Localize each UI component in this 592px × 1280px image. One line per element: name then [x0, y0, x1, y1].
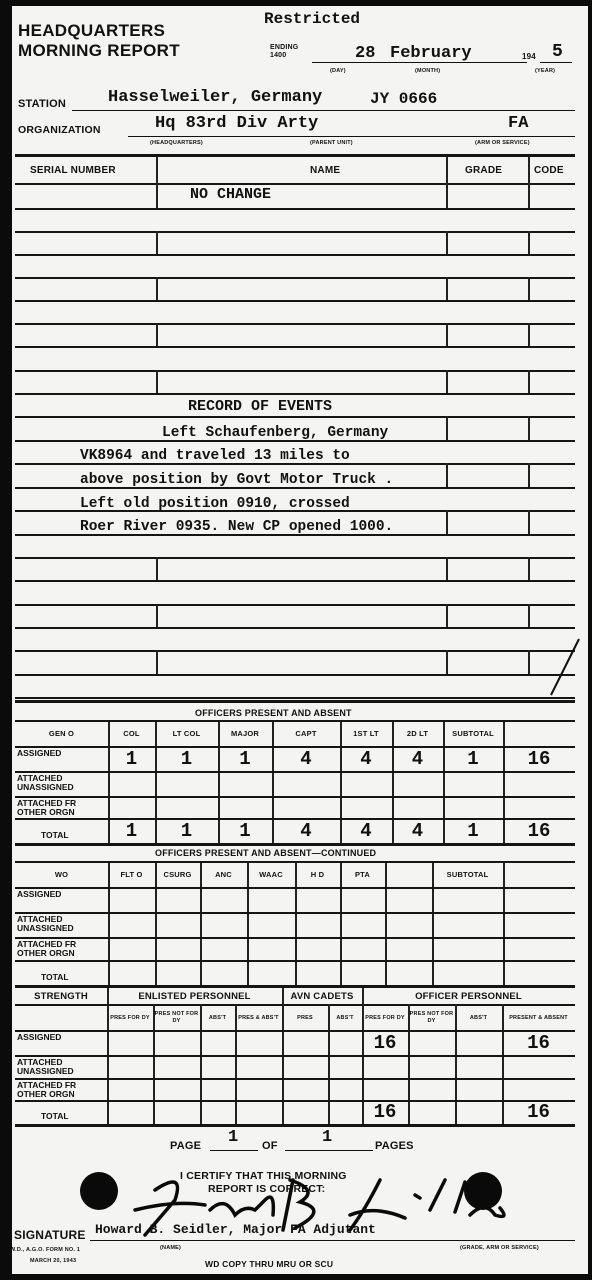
table-cell [155, 960, 200, 985]
page-label: PAGE [170, 1140, 201, 1152]
signature-label: SIGNATURE [14, 1228, 86, 1242]
col-header-strength-2: ABS'T [200, 1006, 235, 1030]
table-cell [362, 1078, 408, 1100]
row-label-attached-unassigned: ATTACHED UNASSIGNED [17, 774, 107, 792]
enlisted-personnel-header: ENLISTED PERSONNEL [107, 988, 282, 1004]
signature-typed: Howard B. Seidler, Major FA Adjutant [95, 1222, 376, 1237]
table-cell: 16 [502, 1100, 575, 1124]
table-cell [503, 771, 575, 796]
col-header-blank [385, 863, 432, 887]
event-line-4: Left old position 0910, crossed [80, 496, 350, 512]
table-cell [235, 1100, 282, 1124]
event-line-5: Roer River 0935. New CP opened 1000. [80, 519, 393, 535]
table-cell [340, 960, 385, 985]
row-label-strength-2: ATTACHED FR OTHER ORGN [17, 1081, 107, 1099]
table-cell: 16 [502, 1030, 575, 1055]
table-cell [432, 912, 503, 937]
table-cell [295, 912, 340, 937]
table-cell [282, 1055, 328, 1078]
of-label: OF [262, 1140, 278, 1152]
col-header-anc: ANC [200, 863, 247, 887]
table-cell [385, 937, 432, 960]
table-cell [235, 1030, 282, 1055]
table-cell [385, 887, 432, 912]
event-line-1: Left Schaufenberg, Germany [162, 425, 388, 441]
table-cell [200, 1078, 235, 1100]
table-cell [107, 1030, 153, 1055]
table-cell [328, 1078, 362, 1100]
col-header-strength-9: PRESENT & ABSENT [502, 1006, 575, 1030]
table-cell [432, 960, 503, 985]
col-header-capt: CAPT [272, 722, 340, 746]
table-cell [272, 771, 340, 796]
officers-table-title: OFFICERS PRESENT AND ABSENT [195, 708, 352, 718]
grade-caption: (GRADE, ARM OR SERVICE) [460, 1245, 539, 1251]
table-cell [502, 1055, 575, 1078]
officer-personnel-header: OFFICER PERSONNEL [362, 988, 575, 1004]
table-cell [218, 771, 272, 796]
table-cell [408, 1078, 455, 1100]
form-title-line2: MORNING REPORT [18, 42, 180, 59]
table-cell: 1 [108, 818, 155, 843]
row-label-attached-unassigned: ATTACHED UNASSIGNED [17, 915, 107, 933]
table-cell: 4 [272, 818, 340, 843]
table-cell [200, 937, 247, 960]
table-cell [247, 960, 295, 985]
col-header-csurg: CSURG [155, 863, 200, 887]
station-grid: JY 0666 [370, 90, 437, 108]
table-cell [108, 960, 155, 985]
table-cell [247, 912, 295, 937]
table-cell [408, 1055, 455, 1078]
report-month: February [390, 44, 472, 63]
table-cell: 4 [392, 818, 443, 843]
table-cell [155, 912, 200, 937]
table-cell [295, 960, 340, 985]
row-label-attached-fr-other-orgn: ATTACHED FR OTHER ORGN [17, 940, 107, 958]
table-cell [200, 1030, 235, 1055]
table-cell [235, 1055, 282, 1078]
form-date: MARCH 20, 1943 [30, 1258, 76, 1264]
table-cell [200, 887, 247, 912]
table-cell [328, 1055, 362, 1078]
col-header-wo: WO [15, 863, 108, 887]
table-cell [200, 1100, 235, 1124]
parent-unit-caption: (PARENT UNIT) [310, 140, 353, 146]
table-cell [108, 912, 155, 937]
table-cell [153, 1055, 200, 1078]
table-cell [155, 771, 218, 796]
table-cell [155, 887, 200, 912]
event-line-3: above position by Govt Motor Truck . [80, 472, 393, 488]
table-cell [455, 1030, 502, 1055]
table-cell [362, 1055, 408, 1078]
table-cell [455, 1055, 502, 1078]
table-cell [408, 1100, 455, 1124]
table-cell [200, 1055, 235, 1078]
table-cell: 4 [272, 746, 340, 771]
table-cell [443, 771, 503, 796]
month-caption: (MONTH) [415, 68, 440, 74]
station-value: Hasselweiler, Germany [108, 88, 322, 107]
table-cell [218, 796, 272, 818]
table-cell [340, 937, 385, 960]
col-serial-number: SERIAL NUMBER [30, 165, 116, 176]
table-cell [107, 1078, 153, 1100]
col-header-gen-o: GEN O [15, 722, 108, 746]
col-header-strength-0: PRES FOR DY [107, 1006, 153, 1030]
col-header-flt-o: FLT O [108, 863, 155, 887]
table-cell [108, 796, 155, 818]
arm-value: FA [508, 114, 528, 133]
table-cell: 1 [443, 818, 503, 843]
table-cell [282, 1078, 328, 1100]
table-cell [247, 887, 295, 912]
event-line-2: VK8964 and traveled 13 miles to [80, 448, 350, 464]
table-cell [108, 771, 155, 796]
day-caption: (DAY) [330, 68, 346, 74]
table-cell [455, 1078, 502, 1100]
table-cell [200, 960, 247, 985]
col-name: NAME [310, 165, 340, 176]
record-of-events-title: RECORD OF EVENTS [188, 398, 332, 415]
table-cell [385, 960, 432, 985]
binder-hole-left [80, 1172, 118, 1210]
table-cell [108, 937, 155, 960]
report-year: 5 [552, 42, 563, 62]
table-cell: 1 [155, 746, 218, 771]
table-cell [155, 937, 200, 960]
col-header-strength-1: PRES NOT FOR DY [153, 1006, 200, 1030]
col-header-lt-col: LT COL [155, 722, 218, 746]
col-header-waac: WAAC [247, 863, 295, 887]
col-header-strength-6: PRES FOR DY [362, 1006, 408, 1030]
col-header-strength-8: ABS'T [455, 1006, 502, 1030]
table-cell: 16 [503, 818, 575, 843]
table-cell [503, 960, 575, 985]
report-day: 28 [355, 44, 375, 63]
ending-label: ENDING1400 [270, 44, 298, 60]
table-cell [392, 796, 443, 818]
table-cell [340, 771, 392, 796]
table-cell [295, 937, 340, 960]
table-cell [503, 937, 575, 960]
station-label: STATION [18, 98, 66, 110]
table-cell [328, 1100, 362, 1124]
officers-cont-title: OFFICERS PRESENT AND ABSENT—CONTINUED [155, 848, 376, 858]
row-label-strength-1: ATTACHED UNASSIGNED [17, 1058, 107, 1076]
col-grade: GRADE [465, 165, 502, 176]
table-cell [272, 796, 340, 818]
col-code: CODE [534, 165, 564, 176]
table-cell: 1 [443, 746, 503, 771]
row-label-assigned: ASSIGNED [17, 890, 107, 899]
table-cell [235, 1078, 282, 1100]
table-cell: 1 [218, 818, 272, 843]
table-cell [107, 1055, 153, 1078]
table-cell [328, 1030, 362, 1055]
table-cell: 16 [362, 1100, 408, 1124]
table-cell [340, 796, 392, 818]
table-cell: 4 [340, 818, 392, 843]
form-title-line1: HEADQUARTERS [18, 22, 165, 39]
table-cell [503, 887, 575, 912]
year-caption: (YEAR) [535, 68, 555, 74]
col-header-2d-lt: 2D LT [392, 722, 443, 746]
col-header-strength-4: PRES [282, 1006, 328, 1030]
table-cell [503, 796, 575, 818]
col-header-1st-lt: 1ST LT [340, 722, 392, 746]
arm-caption: (ARM OR SERVICE) [475, 140, 530, 146]
col-header-strength-5: ABS'T [328, 1006, 362, 1030]
organization-label: ORGANIZATION [18, 124, 101, 136]
table-cell [340, 912, 385, 937]
row-label-assigned: ASSIGNED [17, 749, 107, 758]
table-cell: 4 [340, 746, 392, 771]
table-cell [432, 887, 503, 912]
row-label-attached-fr-other-orgn: ATTACHED FR OTHER ORGN [17, 799, 107, 817]
table-cell [503, 912, 575, 937]
col-header-major: MAJOR [218, 722, 272, 746]
table-cell [385, 912, 432, 937]
table-cell [502, 1078, 575, 1100]
classification-stamp: Restricted [264, 10, 360, 28]
table-cell [108, 887, 155, 912]
table-cell [455, 1100, 502, 1124]
table-cell [153, 1100, 200, 1124]
table-cell [295, 887, 340, 912]
table-cell [282, 1030, 328, 1055]
table-cell [107, 1100, 153, 1124]
avn-cadets-header: AVN CADETS [282, 988, 362, 1004]
headquarters-caption: (HEADQUARTERS) [150, 140, 203, 146]
table-cell [153, 1030, 200, 1055]
table-cell: 1 [218, 746, 272, 771]
pages-label: PAGES [375, 1140, 414, 1152]
table-cell [408, 1030, 455, 1055]
col-header-strength-7: PRES NOT FOR DY [408, 1006, 455, 1030]
year-prefix: 194 [522, 52, 536, 61]
table-cell [432, 937, 503, 960]
table-cell: 1 [108, 746, 155, 771]
table-cell: 1 [155, 818, 218, 843]
table-cell [153, 1078, 200, 1100]
form-number: W.D., A.G.O. FORM NO. 1 [10, 1247, 80, 1253]
page-total: 1 [322, 1128, 332, 1147]
table-cell: 16 [362, 1030, 408, 1055]
table-cell: 4 [392, 746, 443, 771]
row-label-strength-0: ASSIGNED [17, 1033, 107, 1042]
table-cell [392, 771, 443, 796]
table-cell: 16 [503, 746, 575, 771]
table-cell [282, 1100, 328, 1124]
col-header-subtotal: SUBTOTAL [443, 722, 503, 746]
copy-note: WD COPY THRU MRU OR SCU [205, 1259, 333, 1269]
name-caption: (NAME) [160, 1245, 181, 1251]
strength-label: STRENGTH [15, 988, 107, 1004]
col-header-col: COL [108, 722, 155, 746]
col-header-pta: PTA [340, 863, 385, 887]
col-header-strength-3: PRES & ABS'T [235, 1006, 282, 1030]
page-number: 1 [228, 1128, 238, 1147]
col-header-subtotal: SUBTOTAL [432, 863, 503, 887]
table-cell [155, 796, 218, 818]
table-cell [247, 937, 295, 960]
pen-stroke-mark [545, 635, 585, 700]
organization-value: Hq 83rd Div Arty [155, 114, 318, 133]
table-cell [443, 796, 503, 818]
table-cell [340, 887, 385, 912]
table-cell [200, 912, 247, 937]
personnel-row-name: NO CHANGE [190, 186, 271, 203]
col-header-h-d: H D [295, 863, 340, 887]
